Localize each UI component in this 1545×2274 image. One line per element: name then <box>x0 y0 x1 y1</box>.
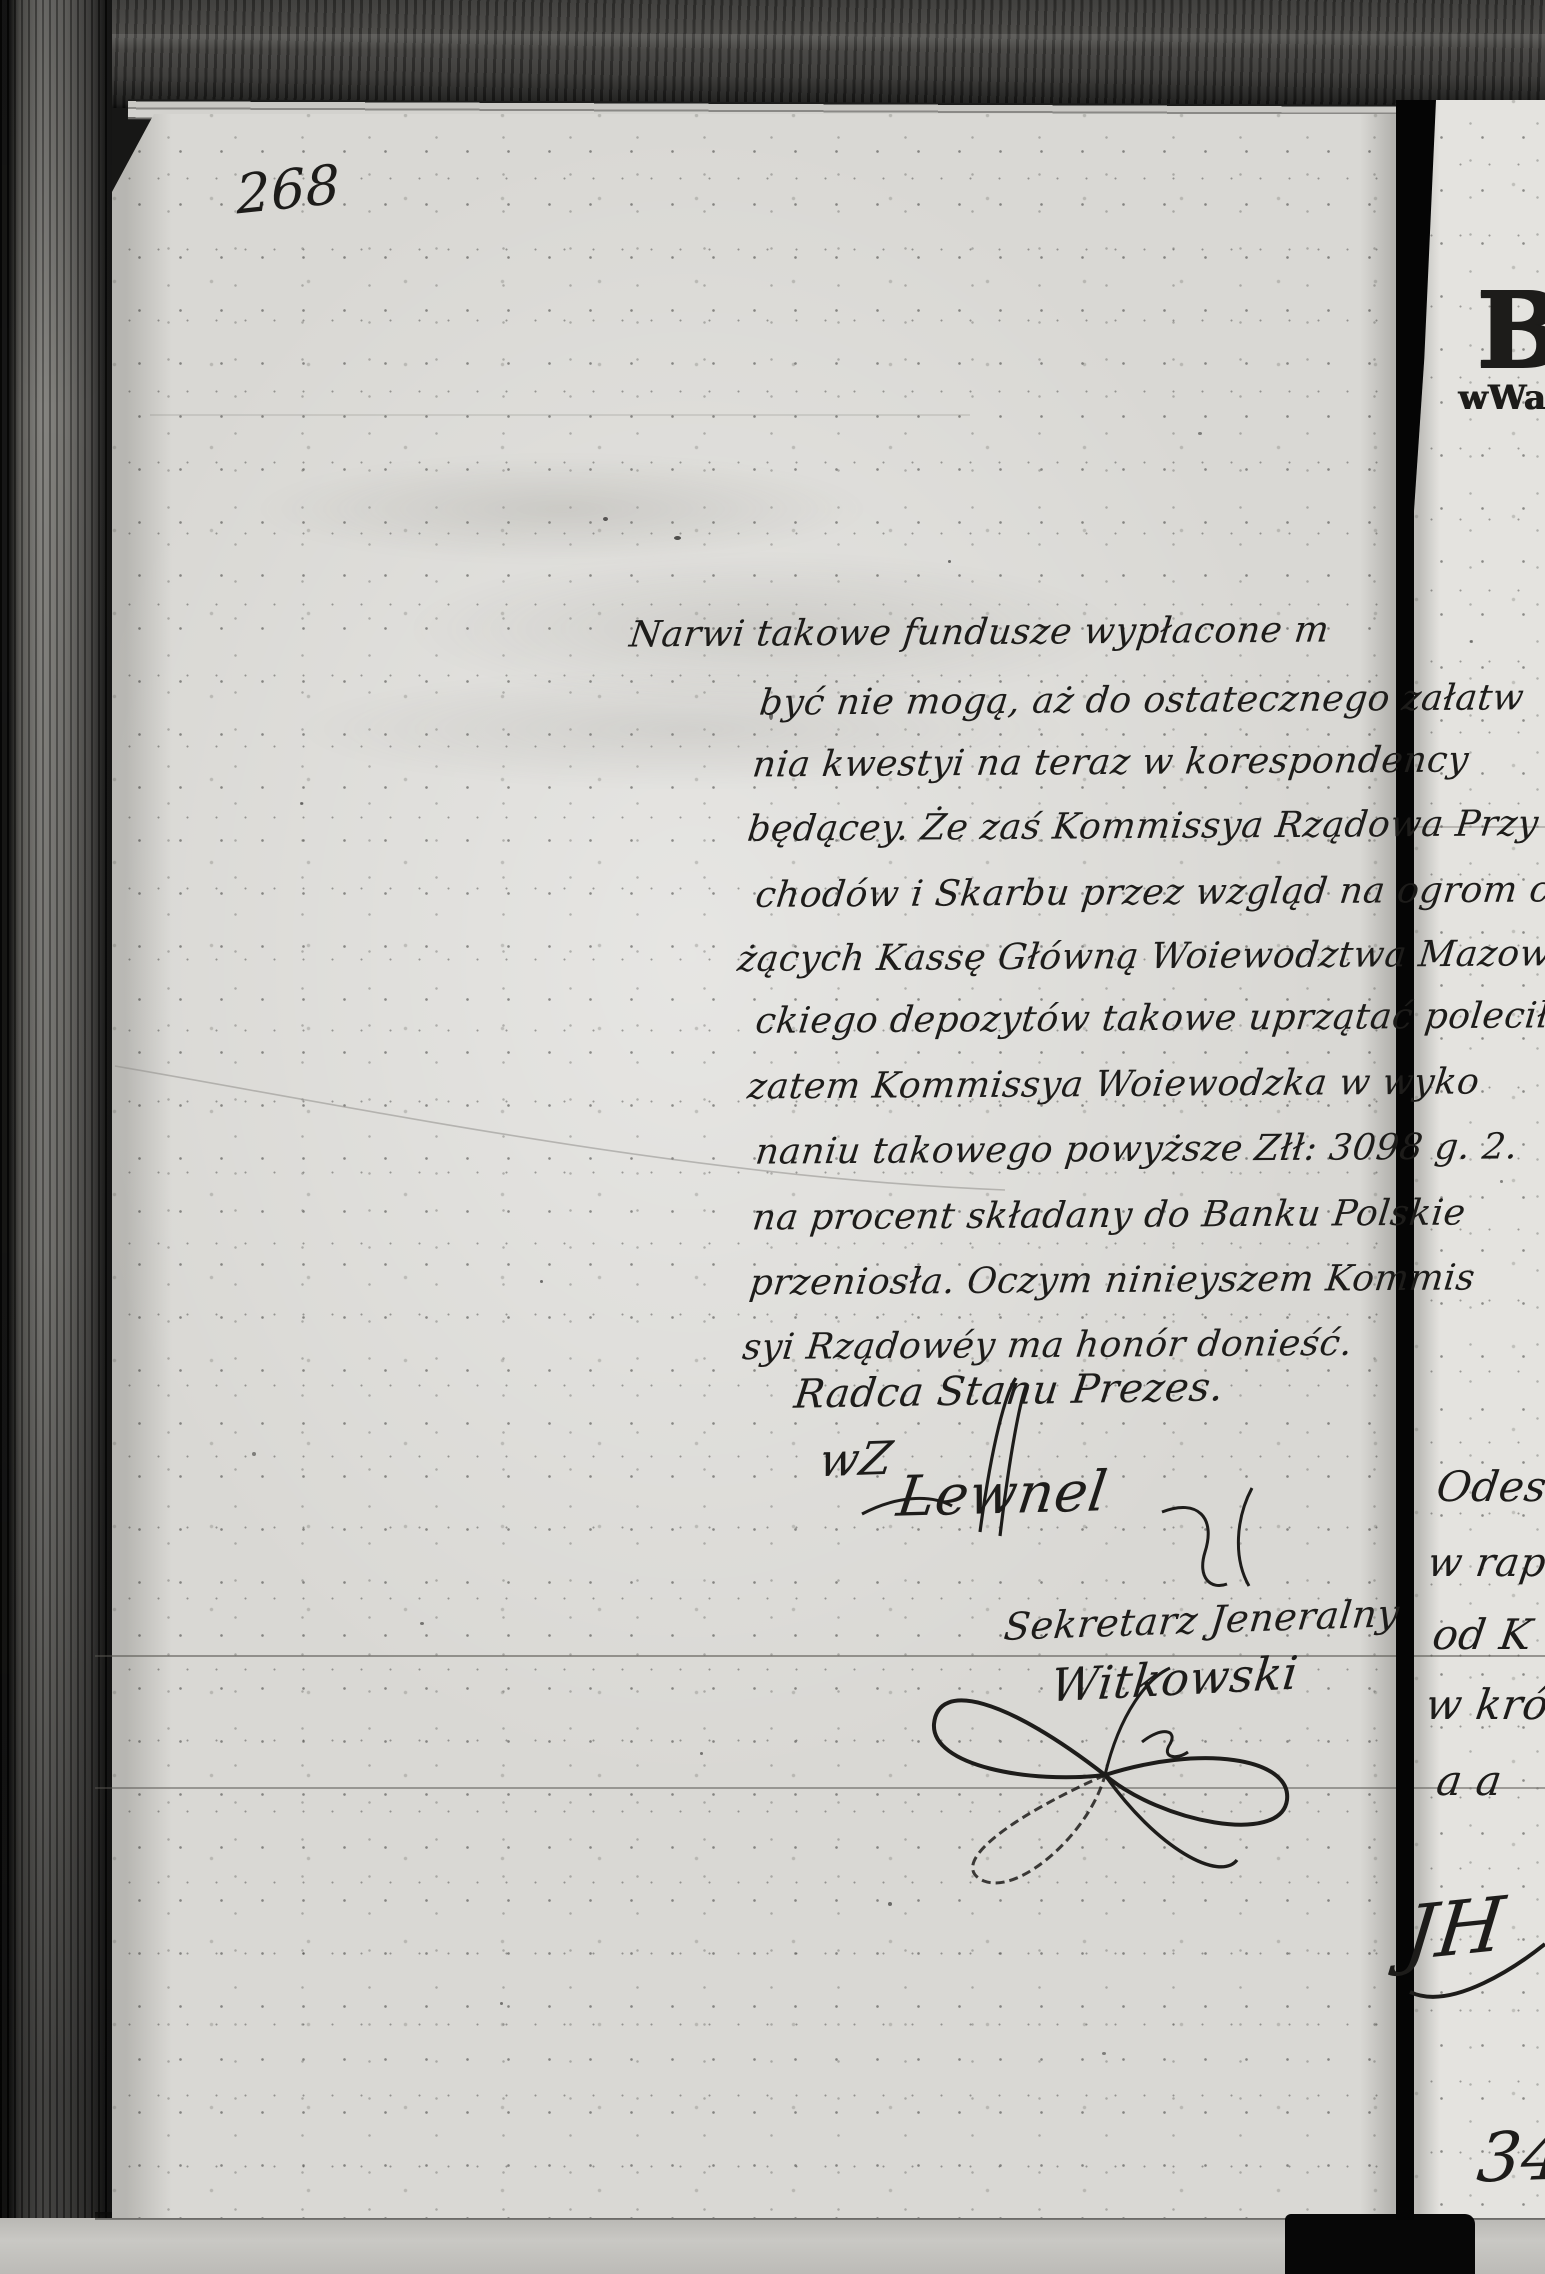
handwritten-line: przeniosła. Oczym ninieyszem Kommis <box>747 1257 1477 1303</box>
ink-speck <box>540 1280 543 1283</box>
ink-speck <box>500 2002 503 2005</box>
closing-title-line: Radca Stanu Prezes. <box>792 1364 1227 1417</box>
ink-speck <box>420 1622 424 1625</box>
ink-speck <box>674 536 681 540</box>
ink-speck <box>1500 1180 1503 1183</box>
ink-speck <box>948 560 951 563</box>
handwritten-fragment: w rap <box>1425 1540 1545 1586</box>
handwritten-initials: JH <box>1400 1879 1509 1978</box>
handwritten-line: Narwi takowe fundusze wypłacone m <box>627 610 1331 656</box>
ink-speck <box>888 1902 892 1906</box>
ink-speck <box>252 1452 256 1456</box>
handwritten-line: zatem Kommissya Woiewodzka w wyko <box>745 1061 1481 1107</box>
ink-speck <box>1470 640 1473 643</box>
handwritten-line: syi Rządowéy ma honór donieść. <box>740 1323 1354 1368</box>
handwritten-fragment: Odes <box>1434 1462 1545 1511</box>
handwritten-line: być nie mogą, aż do ostatecznego załatw <box>757 677 1526 723</box>
book-scan: 268 Narwi takowe fundusze wypłacone m by… <box>0 0 1545 2274</box>
ink-speck <box>1102 2052 1106 2055</box>
ink-speck <box>1198 432 1202 435</box>
dark-clamp-shadow <box>1285 2214 1475 2274</box>
handwritten-line: na procent składany do Banku Polskie <box>750 1193 1468 1239</box>
printed-initial-letter: B <box>1476 268 1545 391</box>
handwritten-fragment: od K <box>1430 1610 1536 1659</box>
corner-number: 34 <box>1474 2116 1545 2198</box>
hairline-scratch <box>95 1655 1545 1657</box>
handwritten-line: chodów i Skarbu przez wzgląd na ogrom ci… <box>753 869 1545 916</box>
handwritten-line: ckiego depozytów takowe uprzątać polecił… <box>753 995 1545 1042</box>
handwritten-line: żących Kassę Główną Woiewodztwa Mazowie <box>735 933 1545 980</box>
handwritten-line: będącey. Że zaś Kommissya Rządowa Przy <box>745 803 1541 850</box>
substitution-mark: wZ <box>816 1431 896 1487</box>
president-signature: Lewnel <box>893 1459 1111 1529</box>
book-top-edge <box>0 0 1545 108</box>
handwritten-fragment: a a <box>1434 1756 1506 1805</box>
handwritten-line: naniu takowego powyższe Złł: 3098 g. 2. <box>753 1126 1520 1172</box>
hairline-scratch <box>95 1787 1545 1789</box>
book-binding-gutter-left <box>0 0 112 2274</box>
ink-speck <box>300 802 303 805</box>
printed-text-fragment: wWar <box>1458 378 1545 418</box>
book-top-edge-highlight <box>0 34 1545 50</box>
page-number: 268 <box>235 152 341 226</box>
handwritten-fragment: w kró <box>1423 1680 1545 1729</box>
ink-speck <box>603 517 608 521</box>
bleedthrough-smudge <box>252 454 872 564</box>
handwritten-line: nia kwestyi na teraz w korespondency <box>750 740 1471 786</box>
ink-speck <box>700 1752 703 1755</box>
hairline-scratch <box>150 414 970 416</box>
